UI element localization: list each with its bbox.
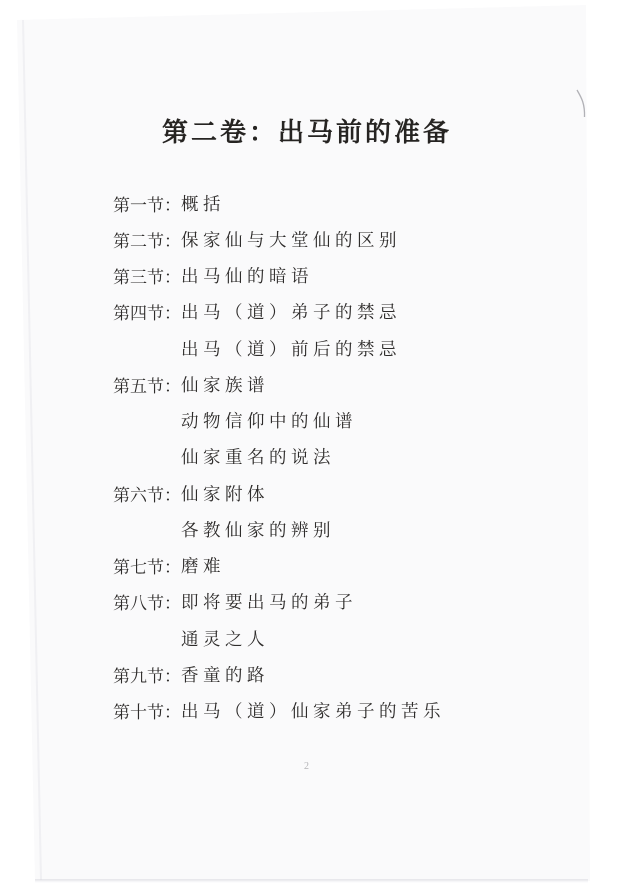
toc-entry-text: 香童的路 bbox=[181, 662, 269, 687]
toc-entry: 第六节： 仙家附体 bbox=[113, 475, 445, 511]
toc-section-label: 第九节： bbox=[113, 662, 181, 687]
table-of-contents: 第一节： 概括 第二节： 保家仙与大堂仙的区别 第三节： 出马仙的暗语 第四节：… bbox=[113, 185, 445, 729]
toc-section-label: 第五节： bbox=[113, 372, 181, 397]
toc-entry-text: 概括 bbox=[181, 191, 225, 216]
page-number-mark: 2 bbox=[304, 761, 310, 772]
toc-entry: 第一节： 概括 bbox=[113, 185, 445, 221]
toc-subentry: 出马（道）前后的禁忌 bbox=[113, 330, 445, 366]
toc-section-label: 第六节： bbox=[113, 481, 181, 506]
toc-entry: 第三节： 出马仙的暗语 bbox=[113, 258, 445, 294]
toc-entry-text: 仙家重名的说法 bbox=[181, 444, 335, 469]
scanned-page: 第二卷：出马前的准备 第一节： 概括 第二节： 保家仙与大堂仙的区别 第三节： … bbox=[0, 0, 620, 885]
toc-entry-text: 各教仙家的辨别 bbox=[181, 517, 335, 542]
toc-entry-text: 通灵之人 bbox=[181, 626, 269, 651]
toc-entry: 第九节： 香童的路 bbox=[113, 656, 445, 692]
toc-entry: 第二节： 保家仙与大堂仙的区别 bbox=[113, 221, 445, 257]
toc-entry: 第七节： 磨难 bbox=[113, 548, 445, 584]
toc-entry-text: 仙家族谱 bbox=[181, 372, 269, 397]
toc-entry-text: 仙家附体 bbox=[181, 481, 269, 506]
toc-subentry: 各教仙家的辨别 bbox=[113, 511, 445, 547]
toc-section-label: 第一节： bbox=[113, 191, 181, 216]
toc-section-label: 第七节： bbox=[113, 553, 181, 578]
toc-entry-text: 出马（道）前后的禁忌 bbox=[181, 336, 401, 361]
page-content: 第二卷：出马前的准备 第一节： 概括 第二节： 保家仙与大堂仙的区别 第三节： … bbox=[0, 0, 620, 885]
toc-entry: 第五节： 仙家族谱 bbox=[113, 366, 445, 402]
toc-entry: 第四节： 出马（道）弟子的禁忌 bbox=[113, 294, 445, 330]
toc-section-label: 第三节： bbox=[113, 263, 181, 288]
toc-subentry: 动物信仰中的仙谱 bbox=[113, 403, 445, 439]
toc-entry-text: 即将要出马的弟子 bbox=[181, 589, 357, 614]
toc-entry: 第十节： 出马（道）仙家弟子的苦乐 bbox=[113, 693, 445, 729]
toc-section-label: 第四节： bbox=[113, 299, 181, 324]
toc-entry-text: 出马仙的暗语 bbox=[181, 263, 313, 288]
toc-subentry: 通灵之人 bbox=[113, 620, 445, 656]
volume-title: 第二卷：出马前的准备 bbox=[0, 112, 617, 149]
toc-entry-text: 动物信仰中的仙谱 bbox=[181, 408, 357, 433]
toc-entry-text: 保家仙与大堂仙的区别 bbox=[181, 227, 401, 252]
toc-subentry: 仙家重名的说法 bbox=[113, 439, 445, 475]
toc-section-label: 第十节： bbox=[113, 698, 181, 723]
toc-section-label: 第二节： bbox=[113, 227, 181, 252]
toc-entry-text: 磨难 bbox=[181, 553, 225, 578]
toc-section-label: 第八节： bbox=[113, 589, 181, 614]
toc-entry-text: 出马（道）弟子的禁忌 bbox=[181, 299, 401, 324]
toc-entry-text: 出马（道）仙家弟子的苦乐 bbox=[181, 698, 445, 723]
toc-entry: 第八节： 即将要出马的弟子 bbox=[113, 584, 445, 620]
